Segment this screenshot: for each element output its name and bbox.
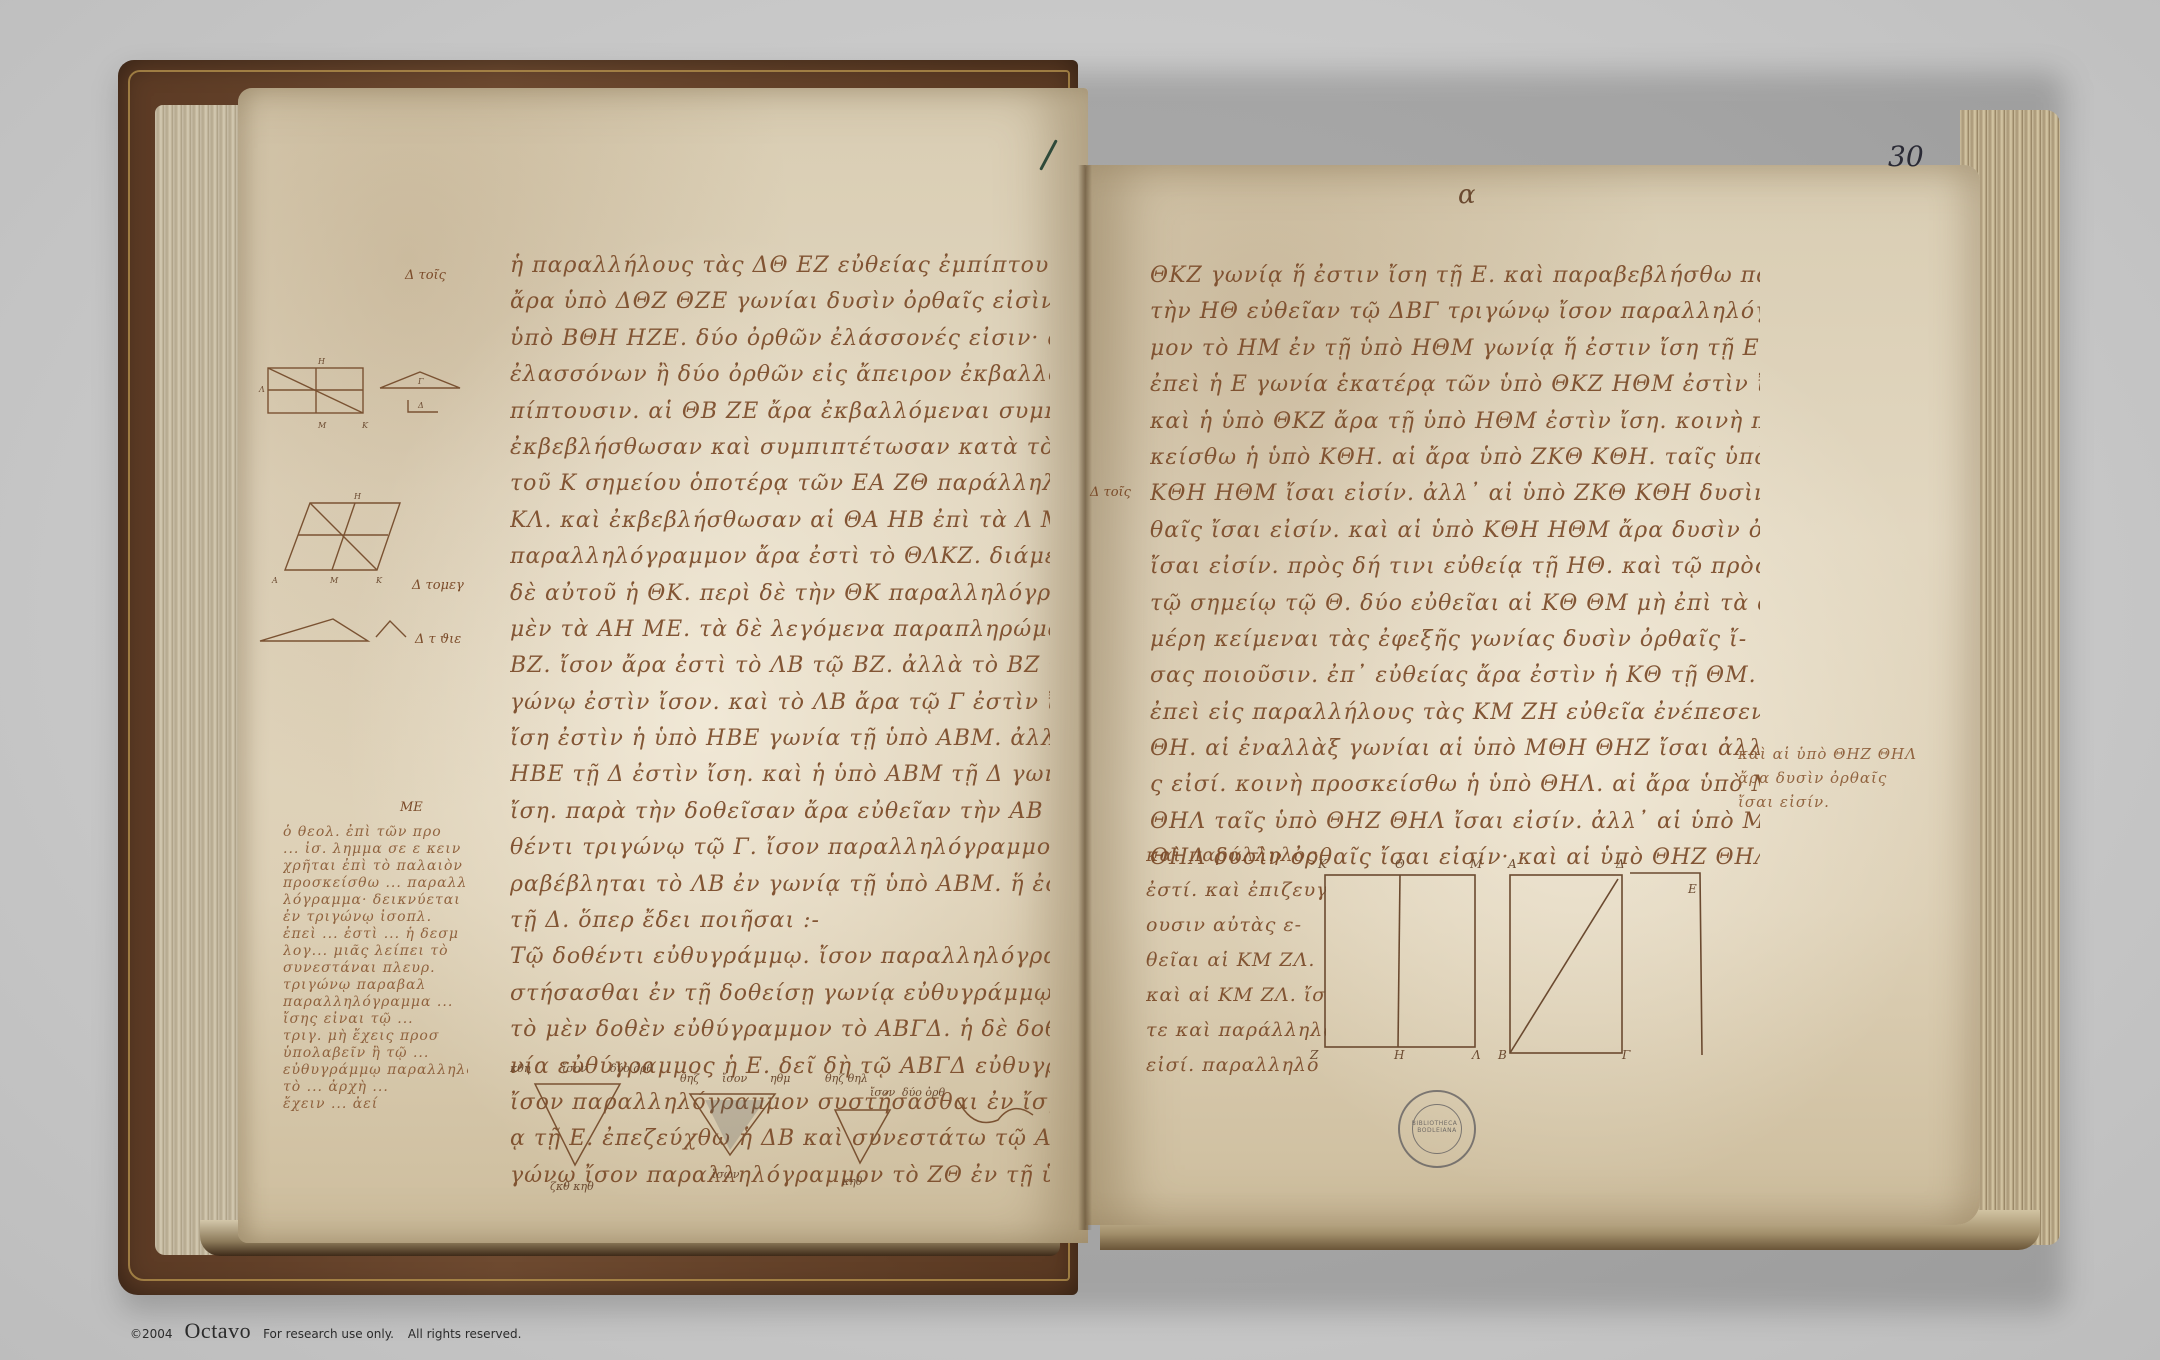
text-line: τῇ Δ. ὅπερ ἔδει ποιῆσαι :-: [510, 903, 1050, 939]
text-line: θέντι τριγώνῳ τῷ Γ. ἴσον παραλληλόγραμμο…: [510, 830, 1050, 866]
text-line: σας ποιοῦσιν. ἐπ᾽ εὐθείας ἄρα ἐστὶν ἡ ΚΘ…: [1150, 658, 1760, 694]
bottom-triangles-diagram: [258, 615, 408, 645]
text-line: Τῷ δοθέντι εὐθυγράμμῳ. ἴσον παραλληλόγρα…: [510, 939, 1050, 975]
scholion-line: προσκείσθω ... παραλλη: [283, 875, 468, 892]
text-line: τε καὶ παράλληλοι: [1146, 1013, 1326, 1048]
text-line: ἐστί. καὶ ἐπιζευγνύ-: [1146, 873, 1326, 908]
scholion-line: ἐν τριγώνῳ ἰσοπλ.: [283, 909, 468, 926]
scholion-line: παραλληλόγραμμα ...: [283, 994, 468, 1011]
right-margin-note: καὶ αἱ ὑπὸ ΘΗΖ ΘΗΛ ἄρα δυσὶν ὀρθαῖς ἴσαι…: [1738, 742, 1918, 814]
scholion-line: ὁ θεολ. ἐπὶ τῶν προ: [283, 824, 468, 841]
right-page-text: ΘΚΖ γωνίᾳ ἥ ἐστιν ἴση τῇ Ε. καὶ παραβεβλ…: [1150, 258, 1760, 877]
usage-notice: For research use only.: [263, 1327, 394, 1341]
label-mu: Μ: [1469, 857, 1483, 871]
diagram-note: ἴσον: [562, 1062, 587, 1075]
note-line: καὶ αἱ ὑπὸ ΘΗΖ ΘΗΛ: [1738, 742, 1918, 766]
text-line: μέρη κείμεναι τὰς ἐφεξῆς γωνίας δυσὶν ὀρ…: [1150, 622, 1760, 658]
text-line: ἐλασσόνων ἢ δύο ὀρθῶν εἰς ἄπειρον ἐκβαλλ…: [510, 357, 1050, 393]
scholion-line: ἔχειν ... ἀεί: [283, 1096, 468, 1113]
scholion-line: εὐθυγράμμῳ παραλληλογ.: [283, 1062, 468, 1079]
text-line: ἄρα ὑπὸ ΔΘΖ ΘΖΕ γωνίαι δυσὶν ὀρθαῖς εἰσὶ…: [510, 284, 1050, 320]
text-line: γώνῳ ἐστὶν ἴσον. καὶ τὸ ΛΒ ἄρα τῷ Γ ἐστὶ…: [510, 685, 1050, 721]
label-gamma: Γ: [1621, 1048, 1631, 1062]
text-line: καὶ παράλληλος: [1146, 838, 1326, 873]
copyright: ©2004: [130, 1327, 173, 1341]
text-line: ἴση ἐστὶν ἡ ὑπὸ ΗΒΕ γωνία τῇ ὑπὸ ΑΒΜ. ἀλ…: [510, 721, 1050, 757]
diagram-note: ἴσων: [712, 1168, 740, 1181]
scholion-line: ἴσης εἶναι τῷ ...: [283, 1011, 468, 1028]
right-page-narrow-text: καὶ παράλληλος ἐστί. καὶ ἐπιζευγνύ- ουσι…: [1146, 838, 1326, 1083]
label-mu: Μ: [329, 576, 339, 585]
text-line: τῷ σημείῳ τῷ Θ. δύο εὐθεῖαι αἱ ΚΘ ΘΜ μὴ …: [1150, 586, 1760, 622]
scholion-line: λογ... μιᾶς λείπει τὸ: [283, 943, 468, 960]
diagram-note: κθη: [509, 1062, 531, 1075]
diagram-note: ηθμ: [770, 1072, 790, 1085]
margin-label: Δ τομεγ: [412, 578, 464, 593]
text-line: δὲ αὐτοῦ ἡ ΘΚ. περὶ δὲ τὴν ΘΚ παραλληλόγ…: [510, 576, 1050, 612]
folio-number: 30: [1888, 140, 1924, 173]
note-line: ἴσαι εἰσίν.: [1738, 790, 1918, 814]
text-line: τὸ μὲν δοθὲν εὐθύγραμμον τὸ ΑΒΓΔ. ἡ δὲ δ…: [510, 1012, 1050, 1048]
brand-logo: Octavo: [185, 1318, 252, 1344]
text-line: μὲν τὰ ΑΗ ΜΕ. τὰ δὲ λεγόμενα παραπληρώμα…: [510, 612, 1050, 648]
inverted-triangles-diagram: κθη ἴσον δύο ὀρθ θηζ ἴσον ηθμ θηζ θηλ ἴσ…: [490, 1060, 1050, 1220]
diagram-note: ζκθ κηθ: [550, 1180, 594, 1193]
triangle-angle-diagram: Γ Δ: [378, 370, 463, 430]
label-epsilon: Ε: [1687, 882, 1697, 896]
text-line: μον τὸ ΗΜ ἐν τῇ ὑπὸ ΗΘΜ γωνίᾳ ἥ ἐστιν ἴσ…: [1150, 331, 1760, 367]
text-line: ΚΛ. καὶ ἐκβεβλήσθωσαν αἱ ΘΑ ΗΒ ἐπὶ τὰ Λ …: [510, 503, 1050, 539]
text-line: ἡ παραλλήλους τὰς ΔΘ ΕΖ εὐθείας ἐμπίπτου…: [510, 248, 1050, 284]
text-line: ΘΗΛ ταῖς ὑπὸ ΘΗΖ ΘΗΛ ἴσαι εἰσίν. ἀλλ᾽ αἱ…: [1150, 804, 1760, 840]
scholion-line: ἐπεὶ ... ἐστὶ ... ἡ δεσμ: [283, 926, 468, 943]
label-delta: Δ: [417, 401, 424, 410]
text-line: ἴσαι εἰσίν. πρὸς δή τινι εὐθείᾳ τῇ ΗΘ. κ…: [1150, 549, 1760, 585]
text-line: ΚΘΗ ΗΘΜ ἴσαι εἰσίν. ἀλλ᾽ αἱ ὑπὸ ΖΚΘ ΚΘΗ …: [1150, 476, 1760, 512]
label-mu: Μ: [317, 421, 327, 430]
scholion-line: λόγραμμα· δεικνύεται: [283, 892, 468, 909]
text-line: πίπτουσιν. αἱ ΘΒ ΖΕ ἄρα ἐκβαλλόμεναι συμ…: [510, 394, 1050, 430]
text-line: ΘΚΖ γωνίᾳ ἥ ἐστιν ἴση τῇ Ε. καὶ παραβεβλ…: [1150, 258, 1760, 294]
label-eta: Η: [1393, 1048, 1405, 1062]
text-line: ς εἰσί. κοινὴ προσκείσθω ἡ ὑπὸ ΘΗΛ. αἱ ἄ…: [1150, 767, 1760, 803]
scholion-line: τριγ. μὴ ἔχεις προσ: [283, 1028, 468, 1045]
text-line: κείσθω ἡ ὑπὸ ΚΘΗ. αἱ ἄρα ὑπὸ ΖΚΘ ΚΘΗ. τα…: [1150, 440, 1760, 476]
label-gamma: Γ: [417, 377, 424, 386]
left-page-text: ἡ παραλλήλους τὰς ΔΘ ΕΖ εὐθείας ἐμπίπτου…: [510, 248, 1050, 1194]
label-lambda: Λ: [1471, 1048, 1481, 1062]
rectangle-parallelogram-diagram: Η Λ Μ Κ: [258, 360, 378, 430]
margin-label: ΜΕ: [400, 800, 423, 815]
text-line: ΗΒΕ τῇ Δ ἐστὶν ἴση. καὶ ἡ ὑπὸ ΑΒΜ τῇ Δ γ…: [510, 757, 1050, 793]
diagram-note: δύο ὀρθ: [902, 1086, 946, 1099]
diagram-note: δύο ὀρθ: [610, 1062, 654, 1075]
label-eta: Η: [353, 492, 362, 501]
text-line: εἰσί. παραλληλο: [1146, 1048, 1326, 1083]
label-zeta: Ζ: [1309, 1048, 1319, 1062]
bodleian-library-stamp: BIBLIOTHECA · BODLEIANA: [1398, 1090, 1476, 1168]
text-line: θεῖαι αἱ ΚΜ ΖΛ.: [1146, 943, 1326, 978]
scholion-line: τὸ ... ἀρχὴ ...: [283, 1079, 468, 1096]
label-kappa: Κ: [361, 421, 369, 430]
margin-label: Δ τοῖς: [405, 268, 446, 283]
label-lambda: Λ: [258, 385, 265, 394]
label-theta: Θ: [1395, 857, 1405, 871]
text-line: ἐπεὶ εἰς παραλλήλους τὰς ΚΜ ΖΗ εὐθεῖα ἐν…: [1150, 695, 1760, 731]
text-line: καὶ ἡ ὑπὸ ΘΚΖ ἄρα τῇ ὑπὸ ΗΘΜ ἐστὶν ἴση. …: [1150, 404, 1760, 440]
scholion-line: ὑπολαβεῖν ἢ τῷ ...: [283, 1045, 468, 1062]
note-line: ἄρα δυσὶν ὀρθαῖς: [1738, 766, 1918, 790]
text-line: ραβέβληται τὸ ΛΒ ἐν γωνίᾳ τῇ ὑπὸ ΑΒΜ. ἥ …: [510, 867, 1050, 903]
diagram-note: κηθ: [841, 1175, 863, 1188]
label-eta: Η: [317, 357, 326, 366]
rights-notice: All rights reserved.: [408, 1327, 522, 1341]
text-line: ΘΗ. αἱ ἐναλλὰξ γωνίαι αἱ ὑπὸ ΜΘΗ ΘΗΖ ἴσα…: [1150, 731, 1760, 767]
label-beta: Β: [1497, 1048, 1507, 1062]
label-kappa: Κ: [375, 576, 383, 585]
text-line: ΒΖ. ἴσον ἄρα ἐστὶ τὸ ΛΒ τῷ ΒΖ. ἀλλὰ τὸ Β…: [510, 648, 1050, 684]
gutter: [1078, 165, 1092, 1230]
label-alpha: Α: [1507, 857, 1517, 871]
text-line: παραλληλόγραμμον ἄρα ἐστὶ τὸ ΘΛΚΖ. διάμε…: [510, 539, 1050, 575]
margin-label: Δ τ ϑιε: [415, 632, 461, 647]
label-kappa: Κ: [1317, 857, 1328, 871]
parallelogram-construction-diagram: Κ Θ Μ Ζ Η Λ Α Δ Β Γ Ε: [1310, 855, 1710, 1065]
text-line: ἐκβεβλήσθωσαν καὶ συμπιπτέτωσαν κατὰ τὸ …: [510, 430, 1050, 466]
text-line: ἐπεὶ ἡ Ε γωνία ἑκατέρᾳ τῶν ὑπὸ ΘΚΖ ΗΘΜ ἐ…: [1150, 367, 1760, 403]
scholion-line: τριγώνῳ παραβαλ: [283, 977, 468, 994]
text-line: καὶ αἱ ΚΜ ΖΛ. ἴσαι: [1146, 978, 1326, 1013]
text-line: θαῖς ἴσαι εἰσίν. καὶ αἱ ὑπὸ ΚΘΗ ΗΘΜ ἄρα …: [1150, 513, 1760, 549]
quire-mark: α: [1458, 180, 1476, 210]
scholion-line: ... ἰσ. λημμα σε ε κειν: [283, 841, 468, 858]
left-margin-scholion: ὁ θεολ. ἐπὶ τῶν προ ... ἰσ. λημμα σε ε κ…: [283, 824, 468, 1113]
rhombus-parallelogram-diagram: Η Α Μ Κ: [270, 495, 410, 595]
manuscript-photograph: 30 α ἡ παραλλήλους τὰς ΔΘ ΕΖ εὐθείας ἐμπ…: [0, 0, 2160, 1360]
footer: ©2004 Octavo For research use only. All …: [130, 1318, 535, 1344]
margin-label: Δ τοῖς: [1090, 485, 1131, 500]
scholion-line: χρῆται ἐπὶ τὸ παλαιὸν: [283, 858, 468, 875]
stamp-text: BIBLIOTHECA · BODLEIANA: [1400, 1120, 1474, 1134]
text-line: τοῦ Κ σημείου ὁποτέρᾳ τῶν ΕΑ ΖΘ παράλληλ…: [510, 466, 1050, 502]
diagram-note: ἴσον: [870, 1086, 895, 1099]
scholion-line: συνεστάναι πλευρ.: [283, 960, 468, 977]
text-line: ἴση. παρὰ τὴν δοθεῖσαν ἄρα εὐθεῖαν τὴν Α…: [510, 794, 1050, 830]
diagram-note: θηζ θηλ: [825, 1072, 868, 1085]
text-line: τὴν ΗΘ εὐθεῖαν τῷ ΔΒΓ τριγώνῳ ἴσον παραλ…: [1150, 294, 1760, 330]
text-line: ὑπὸ ΒΘΗ ΗΖΕ. δύο ὀρθῶν ἐλάσσονές εἰσιν· …: [510, 321, 1050, 357]
diagram-note: θηζ: [680, 1072, 700, 1085]
text-line: στήσασθαι ἐν τῇ δοθείσῃ γωνίᾳ εὐθυγράμμῳ…: [510, 976, 1050, 1012]
diagram-note: ἴσον: [722, 1072, 747, 1085]
label-alpha: Α: [271, 576, 278, 585]
label-delta: Δ: [1615, 857, 1625, 871]
text-line: ουσιν αὐτὰς ε-: [1146, 908, 1326, 943]
